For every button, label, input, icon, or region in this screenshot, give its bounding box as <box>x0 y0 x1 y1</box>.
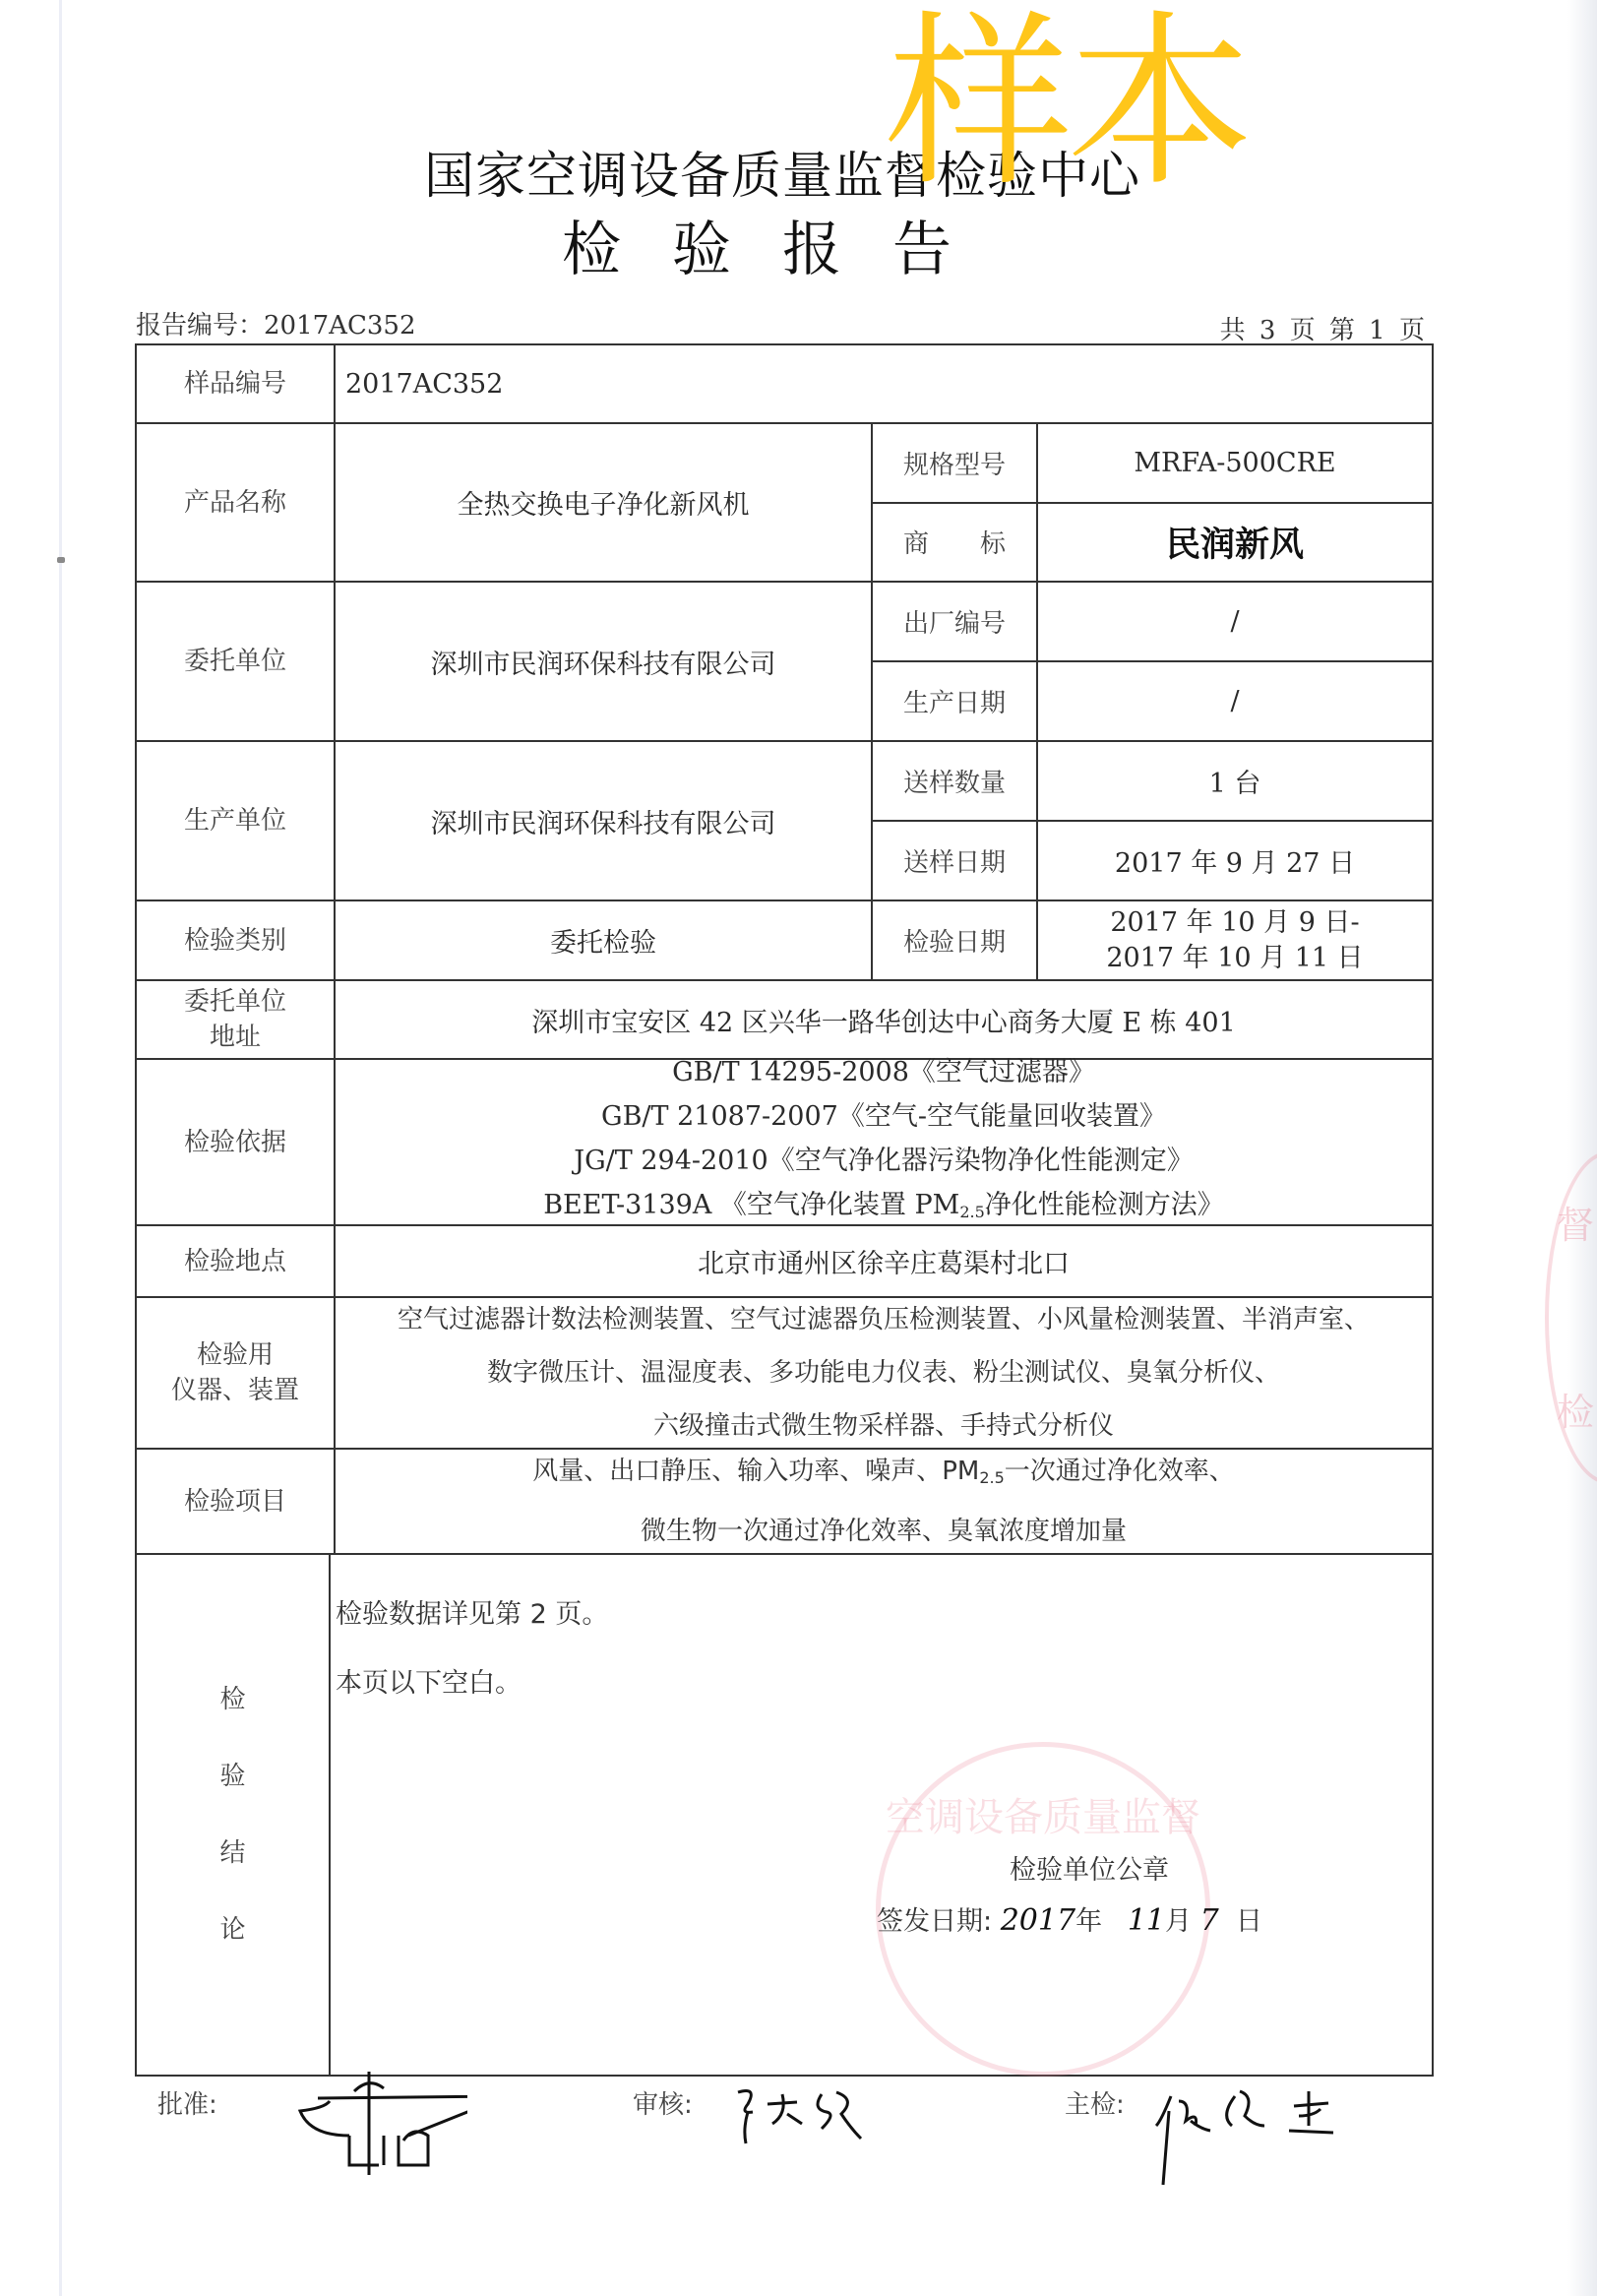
manufacturer-value: 深圳市民润环保科技有限公司 <box>336 742 873 900</box>
equipment-label: 检验用 仪器、装置 <box>137 1298 336 1448</box>
items-label: 检验项目 <box>137 1450 336 1553</box>
issue-month-handwritten: 11 <box>1128 1903 1165 1938</box>
equipment-line: 数字微压计、温湿度表、多功能电力仪表、粉尘测试仪、臭氧分析仪、 <box>487 1346 1280 1399</box>
doc-title: 检验报告 <box>0 215 1565 285</box>
review-label: 审核: <box>633 2084 693 2121</box>
row-location: 检验地点 北京市通州区徐辛庄葛渠村北口 <box>137 1224 1432 1296</box>
row-basis: 检验依据 GB/T 14295-2008《空气过滤器》 GB/T 21087-2… <box>137 1058 1432 1224</box>
inspection-date-start: 2017 年 10 月 9 日- <box>1110 905 1359 941</box>
sample-qty-label: 送样数量 <box>873 742 1038 820</box>
conclusion-label-char: 论 <box>219 1892 245 1968</box>
items-line: 风量、出口静压、输入功率、噪声、PM2.5一次通过净化效率、 <box>532 1445 1235 1505</box>
row-product: 产品名称 全热交换电子净化新风机 规格型号 MRFA-500CRE 商 标 民润… <box>137 422 1432 581</box>
org-title: 国家空调设备质量监督检验中心 <box>0 148 1565 207</box>
inspection-type-value: 委托检验 <box>336 901 873 979</box>
approve-label: 批准: <box>157 2084 217 2121</box>
edge-stamp-char: 检 <box>1557 1382 1594 1436</box>
sample-no-value: 2017AC352 <box>336 345 1432 422</box>
production-date-value: / <box>1038 662 1432 740</box>
basis-item: JG/T 294-2010《空气净化器污染物净化性能测定》 <box>574 1139 1193 1183</box>
row-inspection-type: 检验类别 委托检验 检验日期 2017 年 10 月 9 日- 2017 年 1… <box>137 900 1432 979</box>
approver-signature <box>271 2067 467 2175</box>
product-name-value: 全热交换电子净化新风机 <box>336 424 873 581</box>
equipment-list: 空气过滤器计数法检测装置、空气过滤器负压检测装置、小风量检测装置、半消声室、 数… <box>336 1298 1432 1448</box>
issue-year-handwritten: 2017 <box>1001 1903 1075 1938</box>
basis-item4-sub: 2.5 <box>959 1203 984 1221</box>
client-address-label-line2: 地址 <box>210 1020 261 1055</box>
report-number-label: 报告编号： <box>136 311 264 341</box>
inspection-date-value: 2017 年 10 月 9 日- 2017 年 10 月 11 日 <box>1038 901 1432 979</box>
items-line: 微生物一次通过净化效率、臭氧浓度增加量 <box>641 1505 1127 1558</box>
row-conclusion: 检 验 结 论 检验数据详见第 2 页。 本页以下空白。 检验单位公章 签发日期… <box>137 1553 1432 2075</box>
inspection-date-label: 检验日期 <box>873 901 1038 979</box>
inspector-label: 主检: <box>1065 2084 1125 2121</box>
report-number-value: 2017AC352 <box>264 311 415 341</box>
inspection-type-label: 检验类别 <box>137 901 336 979</box>
sample-date-label: 送样日期 <box>873 822 1038 900</box>
equipment-label-line1: 检验用 <box>197 1337 274 1373</box>
page-shade <box>1567 0 1597 2296</box>
basis-list: GB/T 14295-2008《空气过滤器》 GB/T 21087-2007《空… <box>336 1060 1432 1224</box>
factory-no-label: 出厂编号 <box>873 583 1038 660</box>
client-value: 深圳市民润环保科技有限公司 <box>336 583 873 740</box>
client-address-label: 委托单位 地址 <box>137 981 336 1058</box>
location-label: 检验地点 <box>137 1226 336 1296</box>
day-unit: 日 <box>1236 1906 1262 1937</box>
production-date-label: 生产日期 <box>873 662 1038 740</box>
items-list: 风量、出口静压、输入功率、噪声、PM2.5一次通过净化效率、 微生物一次通过净化… <box>336 1450 1432 1553</box>
equipment-label-line2: 仪器、装置 <box>171 1373 299 1408</box>
conclusion-label-char: 结 <box>219 1815 245 1892</box>
row-client: 委托单位 深圳市民润环保科技有限公司 出厂编号 / 生产日期 / <box>137 581 1432 740</box>
row-sample-no: 样品编号 2017AC352 <box>137 345 1432 422</box>
conclusion-line: 检验数据详见第 2 页。 <box>336 1592 608 1631</box>
month-unit: 月 <box>1165 1906 1192 1937</box>
conclusion-label-char: 验 <box>219 1738 245 1815</box>
conclusion-label: 检 验 结 论 <box>137 1555 331 2075</box>
sample-qty-value: 1 台 <box>1038 742 1432 820</box>
trademark-label: 商 标 <box>873 504 1038 582</box>
reviewer-signature <box>728 2084 876 2153</box>
location-value: 北京市通州区徐辛庄葛渠村北口 <box>336 1226 1432 1296</box>
conclusion-label-char: 检 <box>219 1661 245 1738</box>
manufacturer-label: 生产单位 <box>137 742 336 900</box>
model-value: MRFA-500CRE <box>1038 424 1432 502</box>
edge-stamp: 督 检 <box>1545 1151 1597 1484</box>
items-line1-suffix: 一次通过净化效率、 <box>1005 1457 1235 1486</box>
sample-watermark: 样本 <box>886 10 1248 197</box>
basis-item: GB/T 14295-2008《空气过滤器》 <box>672 1050 1095 1094</box>
conclusion-line: 本页以下空白。 <box>336 1661 522 1700</box>
sample-date-value: 2017 年 9 月 27 日 <box>1038 822 1432 900</box>
inspection-table: 样品编号 2017AC352 产品名称 全热交换电子净化新风机 规格型号 MRF… <box>135 343 1434 2077</box>
issue-date: 签发日期: 2017年 11月 7 日 <box>877 1899 1262 1938</box>
edge-stamp-char: 督 <box>1557 1195 1594 1249</box>
stamp-label: 检验单位公章 <box>1010 1848 1169 1887</box>
stamp-text: 空调设备质量监督 <box>881 1786 1205 1842</box>
page-count: 共 3 页 第 1 页 <box>1220 310 1425 346</box>
model-label: 规格型号 <box>873 424 1038 502</box>
trademark-value: 民润新风 <box>1038 504 1432 582</box>
sample-no-label: 样品编号 <box>137 345 336 422</box>
row-client-address: 委托单位 地址 深圳市宝安区 42 区兴华一路华创达中心商务大厦 E 栋 401 <box>137 979 1432 1058</box>
client-label: 委托单位 <box>137 583 336 740</box>
equipment-line: 空气过滤器计数法检测装置、空气过滤器负压检测装置、小风量检测装置、半消声室、 <box>398 1293 1370 1346</box>
inspector-signature <box>1151 2081 1368 2190</box>
client-address-value: 深圳市宝安区 42 区兴华一路华创达中心商务大厦 E 栋 401 <box>336 981 1432 1058</box>
row-items: 检验项目 风量、出口静压、输入功率、噪声、PM2.5一次通过净化效率、 微生物一… <box>137 1448 1432 1553</box>
row-equipment: 检验用 仪器、装置 空气过滤器计数法检测装置、空气过滤器负压检测装置、小风量检测… <box>137 1296 1432 1448</box>
inspection-date-end: 2017 年 10 月 11 日 <box>1106 941 1363 976</box>
year-unit: 年 <box>1075 1906 1102 1937</box>
issue-date-label: 签发日期: <box>877 1906 992 1937</box>
items-line1-prefix: 风量、出口静压、输入功率、噪声、PM <box>532 1457 979 1486</box>
factory-no-value: / <box>1038 583 1432 660</box>
basis-label: 检验依据 <box>137 1060 336 1224</box>
basis-item: GB/T 21087-2007《空气-空气能量回收装置》 <box>601 1094 1166 1139</box>
page-edge <box>59 0 62 2296</box>
basis-item4-prefix: BEET-3139A 《空气净化装置 PM <box>543 1190 959 1220</box>
issue-day-handwritten: 7 <box>1200 1903 1219 1938</box>
scan-mark <box>57 557 65 563</box>
basis-item4-suffix: 净化性能检测方法》 <box>985 1190 1224 1220</box>
product-name-label: 产品名称 <box>137 424 336 581</box>
row-manufacturer: 生产单位 深圳市民润环保科技有限公司 送样数量 1 台 送样日期 2017 年 … <box>137 740 1432 900</box>
report-number: 报告编号：2017AC352 <box>136 305 415 341</box>
items-line1-sub: 2.5 <box>979 1468 1004 1487</box>
client-address-label-line1: 委托单位 <box>184 984 286 1020</box>
